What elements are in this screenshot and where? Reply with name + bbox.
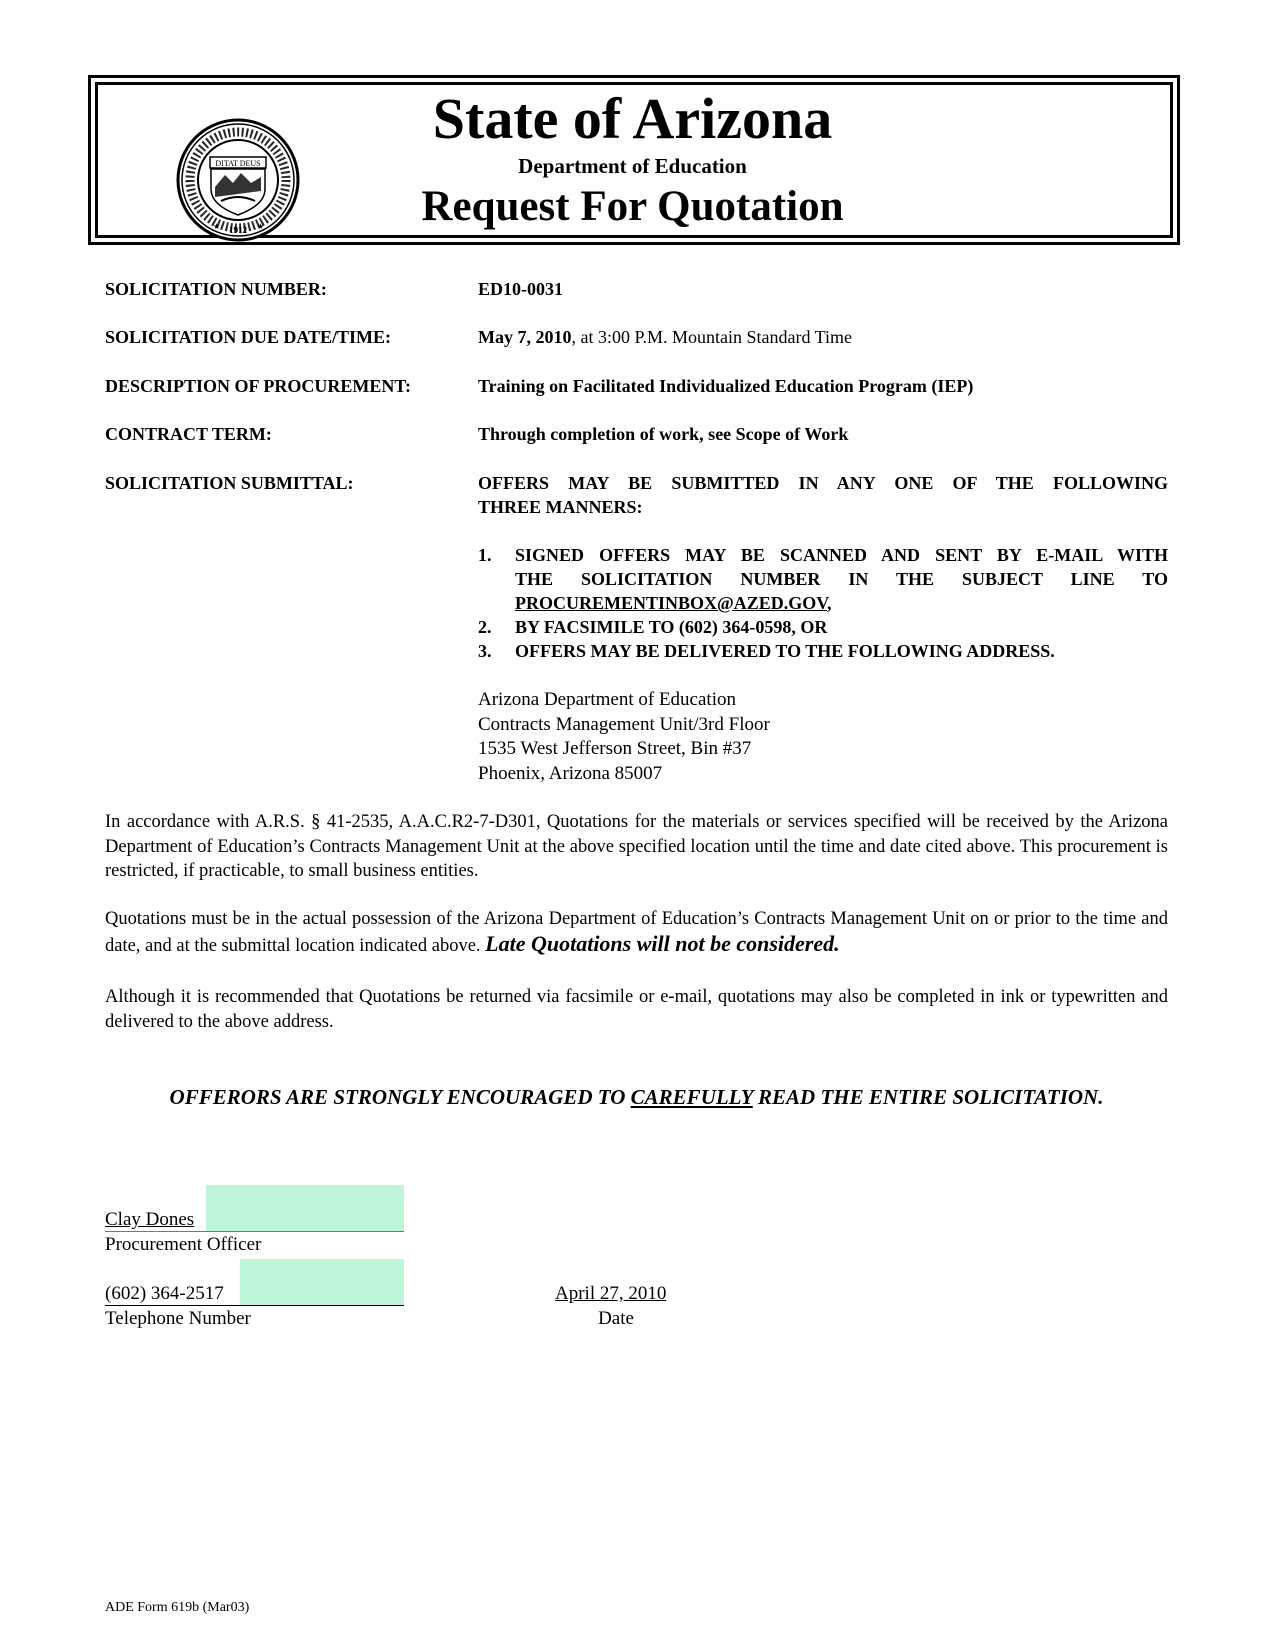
address-block: Arizona Department of Education Contract… xyxy=(478,688,770,786)
paragraph-submission-methods: Although it is recommended that Quotatio… xyxy=(105,985,1168,1034)
form-identifier: ADE Form 619b (Mar03) xyxy=(105,1599,249,1617)
officer-signature-line xyxy=(105,1231,404,1232)
department-name: Department of Education xyxy=(300,154,965,178)
submittal-intro-line1: OFFERS MAY BE SUBMITTED IN ANY ONE OF TH… xyxy=(478,472,1168,494)
due-date-date: May 7, 2010 xyxy=(478,327,572,347)
solicitation-number-label: SOLICITATION NUMBER: xyxy=(105,278,327,300)
option-email-line1: SIGNED OFFERS MAY BE SCANNED AND SENT BY… xyxy=(515,543,1168,567)
state-seal-icon: DITAT DEUS 1912 ★ ★ xyxy=(175,117,301,243)
due-date-label: SOLICITATION DUE DATE/TIME: xyxy=(105,326,391,348)
due-date-time: , at 3:00 P.M. Mountain Standard Time xyxy=(572,327,853,347)
description-value: Training on Facilitated Individualized E… xyxy=(478,375,1168,397)
address-line: Phoenix, Arizona 85007 xyxy=(478,762,770,787)
svg-text:DITAT DEUS: DITAT DEUS xyxy=(215,159,260,168)
telephone-label: Telephone Number xyxy=(105,1308,251,1330)
svg-text:★: ★ xyxy=(257,222,264,231)
due-date-value: May 7, 2010, at 3:00 P.M. Mountain Stand… xyxy=(478,326,1168,348)
procurement-email-link[interactable]: PROCUREMENTINBOX@AZED.GOV xyxy=(515,593,827,613)
submittal-intro-line2: THREE MANNERS: xyxy=(478,496,1168,518)
telephone-line xyxy=(105,1305,404,1306)
svg-text:1912: 1912 xyxy=(229,225,248,235)
submittal-option-fax: 2. BY FACSIMILE TO (602) 364-0598, OR xyxy=(478,615,1168,639)
submittal-label: SOLICITATION SUBMITTAL: xyxy=(105,472,354,494)
officer-title: Procurement Officer xyxy=(105,1234,261,1256)
submittal-option-email: 1. SIGNED OFFERS MAY BE SCANNED AND SENT… xyxy=(478,543,1168,615)
officer-signature-field[interactable] xyxy=(206,1185,404,1232)
option-fax-text: BY FACSIMILE TO (602) 364-0598, OR xyxy=(515,615,1168,639)
description-label: DESCRIPTION OF PROCUREMENT: xyxy=(105,375,411,397)
document-title: Request For Quotation xyxy=(300,184,965,230)
option-email-line3: PROCUREMENTINBOX@AZED.GOV, xyxy=(515,591,1168,615)
read-solicitation-warning: OFFERORS ARE STRONGLY ENCOURAGED TO CARE… xyxy=(105,1084,1168,1110)
officer-name: Clay Dones xyxy=(105,1209,194,1231)
late-quotations-warning: Late Quotations will not be considered. xyxy=(485,931,839,956)
paragraph-legal-authority: In accordance with A.R.S. § 41-2535, A.A… xyxy=(105,810,1168,884)
submittal-option-delivery: 3. OFFERS MAY BE DELIVERED TO THE FOLLOW… xyxy=(478,639,1168,663)
list-number: 2. xyxy=(478,615,492,639)
state-title: State of Arizona xyxy=(300,88,965,150)
paragraph-deadline: Quotations must be in the actual possess… xyxy=(105,907,1168,958)
address-line: Contracts Management Unit/3rd Floor xyxy=(478,713,770,738)
telephone-number: (602) 364-2517 xyxy=(105,1283,224,1305)
option-email-line2: THE SOLICITATION NUMBER IN THE SUBJECT L… xyxy=(515,567,1168,591)
list-number: 3. xyxy=(478,639,492,663)
date-label: Date xyxy=(555,1308,677,1330)
svg-text:★: ★ xyxy=(213,222,220,231)
signature-date: April 27, 2010 xyxy=(555,1283,666,1305)
carefully-emphasis: CAREFULLY xyxy=(631,1085,753,1109)
list-number: 1. xyxy=(478,543,492,567)
contract-term-value: Through completion of work, see Scope of… xyxy=(478,423,1168,445)
telephone-field[interactable] xyxy=(240,1259,404,1306)
solicitation-number-value: ED10-0031 xyxy=(478,278,1168,300)
address-line: 1535 West Jefferson Street, Bin #37 xyxy=(478,737,770,762)
option-delivery-text: OFFERS MAY BE DELIVERED TO THE FOLLOWING… xyxy=(515,639,1168,663)
contract-term-label: CONTRACT TERM: xyxy=(105,423,272,445)
address-line: Arizona Department of Education xyxy=(478,688,770,713)
